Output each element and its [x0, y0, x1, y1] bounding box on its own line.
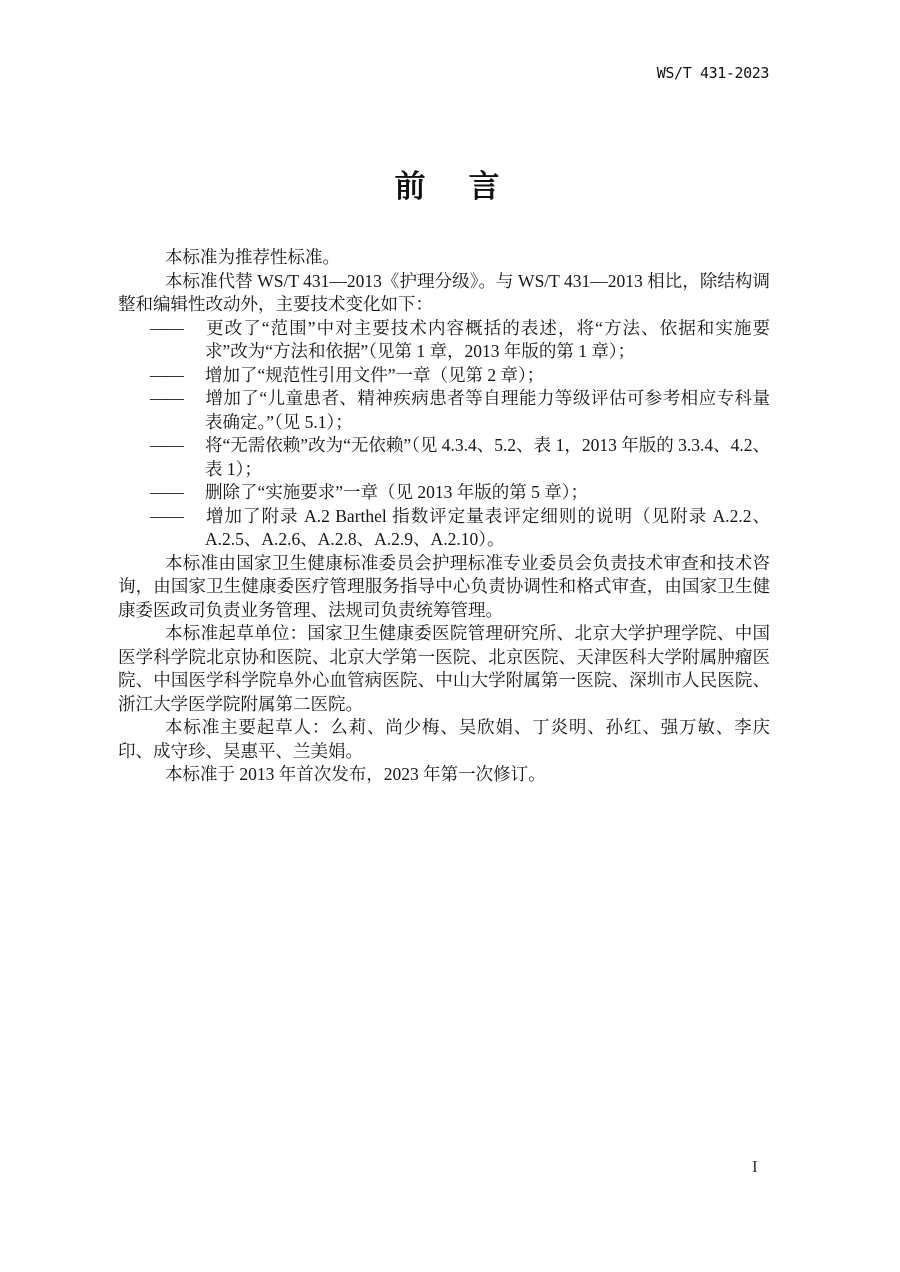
paragraph-drafters: 本标准主要起草人：么莉、尚少梅、吴欣娟、丁炎明、孙红、强万敏、李庆印、成守珍、吴…	[118, 716, 770, 763]
paragraph-drafting-units: 本标准起草单位：国家卫生健康委医院管理研究所、北京大学护理学院、中国医学科学院北…	[118, 622, 770, 716]
item-text: 增加了附录 A.2 Barthel 指数评定量表评定细则的说明（见附录 A.2.…	[205, 506, 770, 550]
page-title: 前 言	[0, 161, 900, 206]
document-page: WS/T 431-2023 前 言 本标准为推荐性标准。 本标准代替 WS/T …	[0, 0, 900, 1272]
paragraph-history: 本标准于 2013 年首次发布，2023 年第一次修订。	[118, 763, 770, 787]
item-text: 增加了“儿童患者、精神疾病患者等自理能力等级评估可参考相应专科量表确定。”（见 …	[205, 388, 770, 432]
paragraph-intro-2: 本标准代替 WS/T 431—2013《护理分级》。与 WS/T 431—201…	[118, 270, 770, 317]
change-list: ——更改了“范围”中对主要技术内容概括的表述，将“方法、依据和实施要求”改为“方…	[118, 317, 770, 552]
change-item: ——增加了附录 A.2 Barthel 指数评定量表评定细则的说明（见附录 A.…	[118, 505, 770, 552]
item-text: 更改了“范围”中对主要技术内容概括的表述，将“方法、依据和实施要求”改为“方法和…	[205, 318, 770, 362]
change-item: ——增加了“规范性引用文件”一章（见第 2 章）；	[118, 364, 770, 388]
change-item: ——增加了“儿童患者、精神疾病患者等自理能力等级评估可参考相应专科量表确定。”（…	[118, 387, 770, 434]
item-dash: ——	[150, 317, 205, 341]
change-item: ——更改了“范围”中对主要技术内容概括的表述，将“方法、依据和实施要求”改为“方…	[118, 317, 770, 364]
item-text: 将“无需依赖”改为“无依赖”（见 4.3.4、5.2、表 1，2013 年版的 …	[205, 435, 770, 479]
paragraph-intro-1: 本标准为推荐性标准。	[118, 246, 770, 270]
change-item: ——将“无需依赖”改为“无依赖”（见 4.3.4、5.2、表 1，2013 年版…	[118, 434, 770, 481]
standard-code: WS/T 431-2023	[657, 64, 769, 82]
foreword-body: 本标准为推荐性标准。 本标准代替 WS/T 431—2013《护理分级》。与 W…	[118, 246, 770, 787]
paragraph-responsibility: 本标准由国家卫生健康标准委员会护理标准专业委员会负责技术审查和技术咨询，由国家卫…	[118, 552, 770, 623]
item-dash: ——	[150, 387, 205, 411]
item-text: 删除了“实施要求”一章（见 2013 年版的第 5 章）；	[205, 482, 588, 502]
page-number: I	[752, 1157, 758, 1177]
item-dash: ——	[150, 481, 205, 505]
item-dash: ——	[150, 434, 205, 458]
change-item: ——删除了“实施要求”一章（见 2013 年版的第 5 章）；	[118, 481, 770, 505]
item-dash: ——	[150, 364, 205, 388]
item-dash: ——	[150, 505, 205, 529]
item-text: 增加了“规范性引用文件”一章（见第 2 章）；	[205, 365, 544, 385]
